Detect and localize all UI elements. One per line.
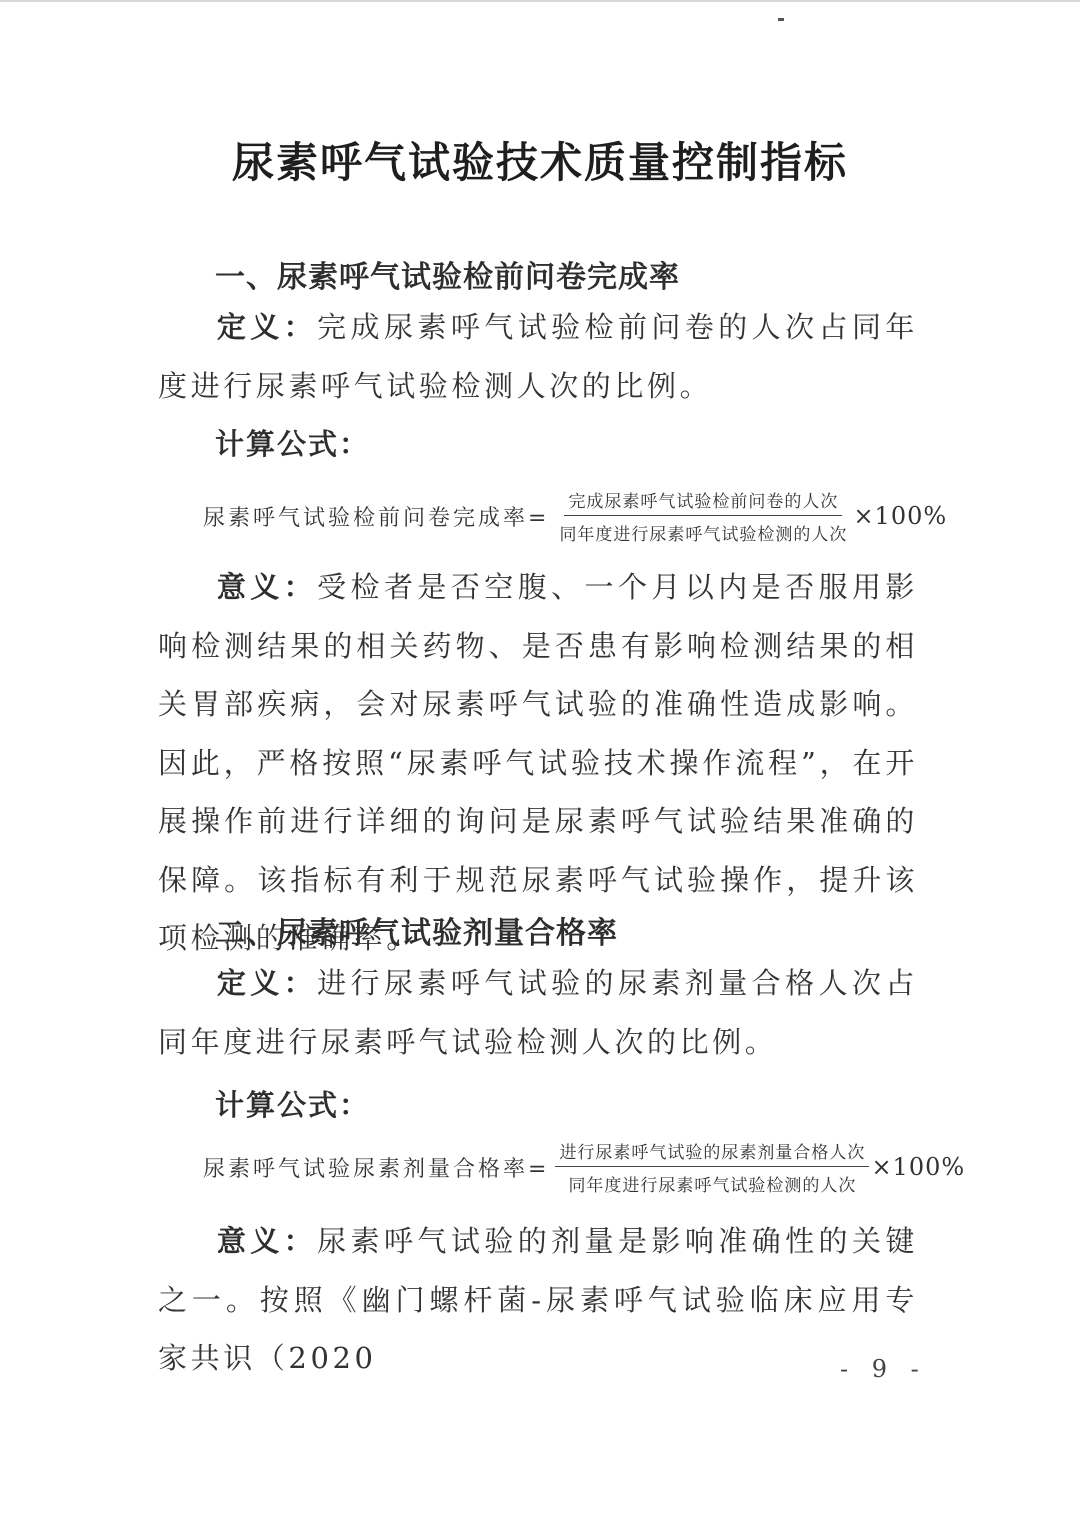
significance-text: 受检者是否空腹、一个月以内是否服用影响检测结果的相关药物、是否患有影响检测结果的… <box>158 570 918 955</box>
section-1-formula-label: 计算公式： <box>215 422 370 463</box>
page-title: 尿素呼气试验技术质量控制指标 <box>0 130 1080 190</box>
section-2-formula-label: 计算公式： <box>215 1083 370 1124</box>
formula-lhs: 尿素呼气试验检前问卷完成率= <box>203 501 549 532</box>
section-2-significance: 意义：尿素呼气试验的剂量是影响准确性的关键之一。按照《幽门螺杆菌-尿素呼气试验临… <box>158 1212 918 1388</box>
section-2-definition: 定义：进行尿素呼气试验的尿素剂量合格人次占同年度进行尿素呼气试验检测人次的比例。 <box>158 954 918 1071</box>
formula-numerator: 进行尿素呼气试验的尿素剂量合格人次 <box>555 1138 869 1167</box>
significance-label: 意义： <box>216 570 317 604</box>
section-2-heading: 二、尿素呼气试验剂量合格率 <box>215 908 618 952</box>
formula-multiplier: ×100% <box>871 1153 965 1181</box>
formula-fraction: 进行尿素呼气试验的尿素剂量合格人次 同年度进行尿素呼气试验检测的人次 <box>555 1138 869 1196</box>
formula-multiplier: ×100% <box>853 502 947 530</box>
definition-label: 定义： <box>216 310 317 344</box>
section-2-formula: 尿素呼气试验尿素剂量合格率= 进行尿素呼气试验的尿素剂量合格人次 同年度进行尿素… <box>203 1138 965 1196</box>
formula-fraction: 完成尿素呼气试验检前问卷的人次 同年度进行尿素呼气试验检测的人次 <box>555 487 851 545</box>
formula-numerator: 完成尿素呼气试验检前问卷的人次 <box>564 487 842 516</box>
scan-speck <box>778 18 784 21</box>
page-number: - 9 - <box>840 1355 927 1383</box>
definition-label: 定义： <box>216 966 317 1000</box>
section-1-definition: 定义：完成尿素呼气试验检前问卷的人次占同年度进行尿素呼气试验检测人次的比例。 <box>158 298 918 415</box>
scan-top-edge <box>0 0 1080 2</box>
section-1-formula: 尿素呼气试验检前问卷完成率= 完成尿素呼气试验检前问卷的人次 同年度进行尿素呼气… <box>203 487 947 545</box>
section-1-significance: 意义：受检者是否空腹、一个月以内是否服用影响检测结果的相关药物、是否患有影响检测… <box>158 558 918 968</box>
section-1-heading: 一、尿素呼气试验检前问卷完成率 <box>215 252 680 296</box>
formula-denominator: 同年度进行尿素呼气试验检测的人次 <box>564 1167 860 1196</box>
formula-lhs: 尿素呼气试验尿素剂量合格率= <box>203 1152 549 1183</box>
significance-label: 意义： <box>216 1224 317 1258</box>
formula-denominator: 同年度进行尿素呼气试验检测的人次 <box>555 516 851 545</box>
